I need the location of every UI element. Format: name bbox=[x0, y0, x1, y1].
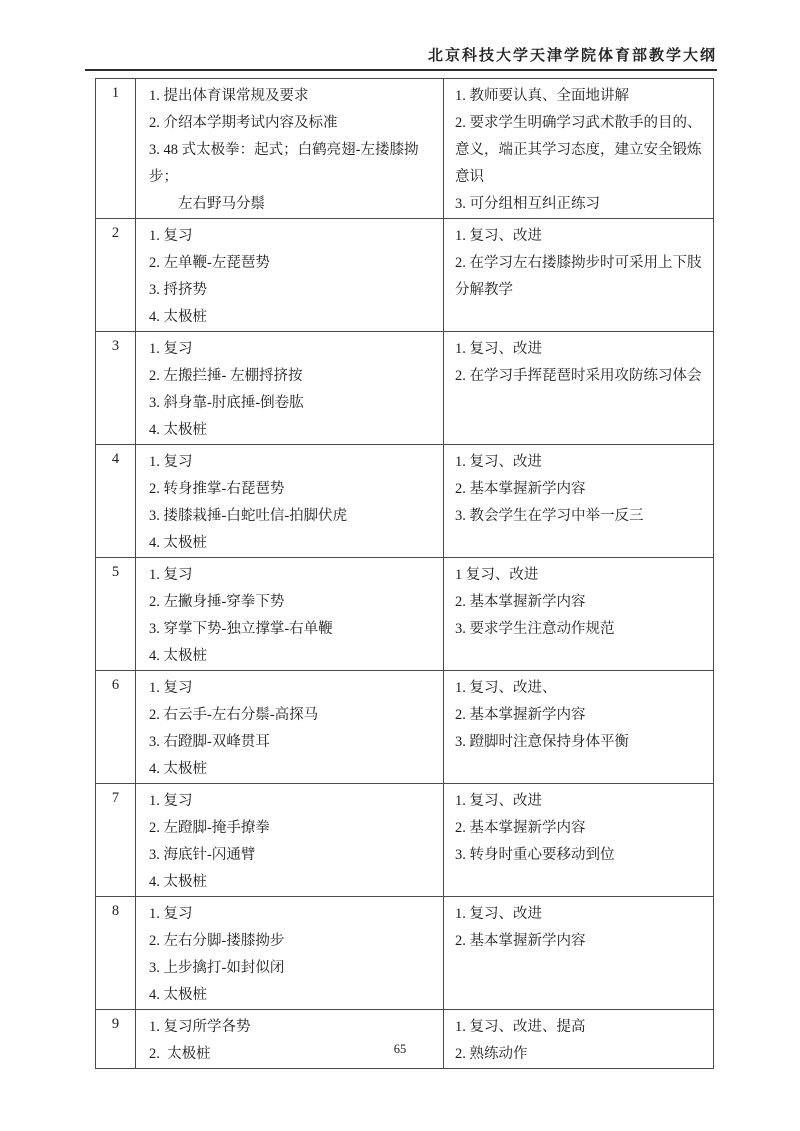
lesson-notes-cell: 1. 教师要认真、全面地讲解2. 要求学生明确学习武术散手的目的、意义，端正其学… bbox=[444, 79, 714, 219]
text-line: 1. 复习、改进 bbox=[455, 223, 709, 250]
text-line: 4. 太极桩 bbox=[149, 643, 437, 670]
lesson-notes-cell: 1. 复习、改进2. 基本掌握新学内容3. 教会学生在学习中举一反三 bbox=[444, 445, 714, 558]
lesson-notes-cell: 1. 复习、改进2. 基本掌握新学内容3. 转身时重心要移动到位 bbox=[444, 784, 714, 897]
table-row: 9 1. 复习所学各势2. 太极桩 1. 复习、改进、提高2. 熟练动作 bbox=[96, 1010, 714, 1069]
header-title: 北京科技大学天津学院体育部教学大纲 bbox=[428, 48, 717, 64]
text-line: 2. 在学习手挥琵琶时采用攻防练习体会 bbox=[455, 363, 709, 390]
table-row: 2 1. 复习2. 左单鞭-左琵琶势3. 捋挤势4. 太极桩 1. 复习、改进2… bbox=[96, 219, 714, 332]
table-row: 1 1. 提出体育课常规及要求2. 介绍本学期考试内容及标准3. 48 式太极拳… bbox=[96, 79, 714, 219]
lesson-content-cell: 1. 复习2. 右云手-左右分鬃-高探马3. 右蹬脚-双峰贯耳4. 太极桩 bbox=[136, 671, 444, 784]
text-line: 3. 穿掌下势-独立撑掌-右单鞭 bbox=[149, 616, 437, 643]
text-line: 2. 转身推掌-右琵琶势 bbox=[149, 476, 437, 503]
text-line: 2. 基本掌握新学内容 bbox=[455, 815, 709, 842]
text-line: 2. 左撇身捶-穿拳下势 bbox=[149, 589, 437, 616]
text-line: 3. 斜身靠-肘底捶-倒卷肱 bbox=[149, 390, 437, 417]
text-line: 3. 蹬脚时注意保持身体平衡 bbox=[455, 729, 709, 756]
text-line: 1. 复习 bbox=[149, 901, 437, 928]
text-line: 2. 左蹬脚-掩手撩拳 bbox=[149, 815, 437, 842]
text-line: 左右野马分鬃 bbox=[149, 191, 437, 218]
text-line: 2. 基本掌握新学内容 bbox=[455, 928, 709, 955]
text-line: 2. 左单鞭-左琵琶势 bbox=[149, 250, 437, 277]
syllabus-table: 1 1. 提出体育课常规及要求2. 介绍本学期考试内容及标准3. 48 式太极拳… bbox=[95, 78, 714, 1069]
text-line: 4. 太极桩 bbox=[149, 869, 437, 896]
text-line: 1. 提出体育课常规及要求 bbox=[149, 83, 437, 110]
text-line: 3. 要求学生注意动作规范 bbox=[455, 616, 709, 643]
text-line: 1. 复习 bbox=[149, 336, 437, 363]
text-line: 4. 太极桩 bbox=[149, 304, 437, 331]
text-line: 3. 右蹬脚-双峰贯耳 bbox=[149, 729, 437, 756]
lesson-number: 9 bbox=[96, 1010, 136, 1069]
text-line: 2. 左搬拦捶- 左棚捋挤按 bbox=[149, 363, 437, 390]
text-line: 2. 基本掌握新学内容 bbox=[455, 476, 709, 503]
lesson-notes-cell: 1. 复习、改进、2. 基本掌握新学内容3. 蹬脚时注意保持身体平衡 bbox=[444, 671, 714, 784]
text-line: 3. 捋挤势 bbox=[149, 277, 437, 304]
table-row: 5 1. 复习2. 左撇身捶-穿拳下势3. 穿掌下势-独立撑掌-右单鞭4. 太极… bbox=[96, 558, 714, 671]
text-line: 1. 教师要认真、全面地讲解 bbox=[455, 83, 709, 110]
text-line: 1. 复习、改进 bbox=[455, 788, 709, 815]
text-line: 1. 复习 bbox=[149, 675, 437, 702]
lesson-notes-cell: 1. 复习、改进2. 在学习手挥琵琶时采用攻防练习体会 bbox=[444, 332, 714, 445]
text-line: 3. 搂膝栽捶-白蛇吐信-拍脚伏虎 bbox=[149, 503, 437, 530]
text-line: 1. 复习 bbox=[149, 223, 437, 250]
text-line: 2. 基本掌握新学内容 bbox=[455, 702, 709, 729]
text-line: 2. 在学习左右搂膝拗步时可采用上下肢分解教学 bbox=[455, 250, 709, 304]
text-line: 1. 复习 bbox=[149, 449, 437, 476]
text-line: 2. 介绍本学期考试内容及标准 bbox=[149, 110, 437, 137]
text-line: 4. 太极桩 bbox=[149, 982, 437, 1009]
text-line: 3. 海底针-闪通臂 bbox=[149, 842, 437, 869]
table-row: 7 1. 复习2. 左蹬脚-掩手撩拳3. 海底针-闪通臂4. 太极桩 1. 复习… bbox=[96, 784, 714, 897]
lesson-content-cell: 1. 复习2. 左搬拦捶- 左棚捋挤按3. 斜身靠-肘底捶-倒卷肱4. 太极桩 bbox=[136, 332, 444, 445]
lesson-number: 2 bbox=[96, 219, 136, 332]
lesson-notes-cell: 1. 复习、改进、提高2. 熟练动作 bbox=[444, 1010, 714, 1069]
text-line: 3. 转身时重心要移动到位 bbox=[455, 842, 709, 869]
text-line: 3. 上步擒打-如封似闭 bbox=[149, 955, 437, 982]
table-row: 4 1. 复习2. 转身推掌-右琵琶势3. 搂膝栽捶-白蛇吐信-拍脚伏虎4. 太… bbox=[96, 445, 714, 558]
lesson-number: 7 bbox=[96, 784, 136, 897]
lesson-content-cell: 1. 提出体育课常规及要求2. 介绍本学期考试内容及标准3. 48 式太极拳：起… bbox=[136, 79, 444, 219]
table-row: 6 1. 复习2. 右云手-左右分鬃-高探马3. 右蹬脚-双峰贯耳4. 太极桩 … bbox=[96, 671, 714, 784]
text-line: 1. 复习、改进、 bbox=[455, 675, 709, 702]
text-line: 1. 复习所学各势 bbox=[149, 1014, 437, 1041]
lesson-content-cell: 1. 复习所学各势2. 太极桩 bbox=[136, 1010, 444, 1069]
text-line: 2. 基本掌握新学内容 bbox=[455, 589, 709, 616]
text-line: 3. 教会学生在学习中举一反三 bbox=[455, 503, 709, 530]
lesson-content-cell: 1. 复习2. 左右分脚-搂膝拗步3. 上步擒打-如封似闭4. 太极桩 bbox=[136, 897, 444, 1010]
text-line: 4. 太极桩 bbox=[149, 756, 437, 783]
lesson-number: 3 bbox=[96, 332, 136, 445]
lesson-number: 6 bbox=[96, 671, 136, 784]
lesson-content-cell: 1. 复习2. 左单鞭-左琵琶势3. 捋挤势4. 太极桩 bbox=[136, 219, 444, 332]
text-line: 3. 可分组相互纠正练习 bbox=[455, 191, 709, 218]
page-header: 北京科技大学天津学院体育部教学大纲 bbox=[85, 44, 717, 71]
lesson-number: 8 bbox=[96, 897, 136, 1010]
text-line: 1. 复习 bbox=[149, 788, 437, 815]
text-line: 4. 太极桩 bbox=[149, 417, 437, 444]
page-number: 65 bbox=[0, 1042, 800, 1057]
lesson-number: 1 bbox=[96, 79, 136, 219]
table-row: 3 1. 复习2. 左搬拦捶- 左棚捋挤按3. 斜身靠-肘底捶-倒卷肱4. 太极… bbox=[96, 332, 714, 445]
text-line: 2. 右云手-左右分鬃-高探马 bbox=[149, 702, 437, 729]
lesson-content-cell: 1. 复习2. 左撇身捶-穿拳下势3. 穿掌下势-独立撑掌-右单鞭4. 太极桩 bbox=[136, 558, 444, 671]
table-row: 8 1. 复习2. 左右分脚-搂膝拗步3. 上步擒打-如封似闭4. 太极桩 1.… bbox=[96, 897, 714, 1010]
lesson-notes-cell: 1. 复习、改进2. 基本掌握新学内容 bbox=[444, 897, 714, 1010]
lesson-notes-cell: 1. 复习、改进2. 在学习左右搂膝拗步时可采用上下肢分解教学 bbox=[444, 219, 714, 332]
text-line: 1 复习、改进 bbox=[455, 562, 709, 589]
document-page: 北京科技大学天津学院体育部教学大纲 1 1. 提出体育课常规及要求2. 介绍本学… bbox=[0, 0, 800, 1131]
text-line: 2. 左右分脚-搂膝拗步 bbox=[149, 928, 437, 955]
text-line: 4. 太极桩 bbox=[149, 530, 437, 557]
text-line: 1. 复习、改进、提高 bbox=[455, 1014, 709, 1041]
text-line: 2. 要求学生明确学习武术散手的目的、意义，端正其学习态度，建立安全锻炼意识 bbox=[455, 110, 709, 191]
lesson-number: 4 bbox=[96, 445, 136, 558]
lesson-number: 5 bbox=[96, 558, 136, 671]
text-line: 1. 复习、改进 bbox=[455, 901, 709, 928]
text-line: 3. 48 式太极拳：起式；白鹤亮翅-左搂膝拗步； bbox=[149, 137, 437, 191]
text-line: 1. 复习、改进 bbox=[455, 336, 709, 363]
text-line: 1. 复习 bbox=[149, 562, 437, 589]
lesson-content-cell: 1. 复习2. 转身推掌-右琵琶势3. 搂膝栽捶-白蛇吐信-拍脚伏虎4. 太极桩 bbox=[136, 445, 444, 558]
lesson-content-cell: 1. 复习2. 左蹬脚-掩手撩拳3. 海底针-闪通臂4. 太极桩 bbox=[136, 784, 444, 897]
lesson-notes-cell: 1 复习、改进2. 基本掌握新学内容3. 要求学生注意动作规范 bbox=[444, 558, 714, 671]
text-line: 1. 复习、改进 bbox=[455, 449, 709, 476]
